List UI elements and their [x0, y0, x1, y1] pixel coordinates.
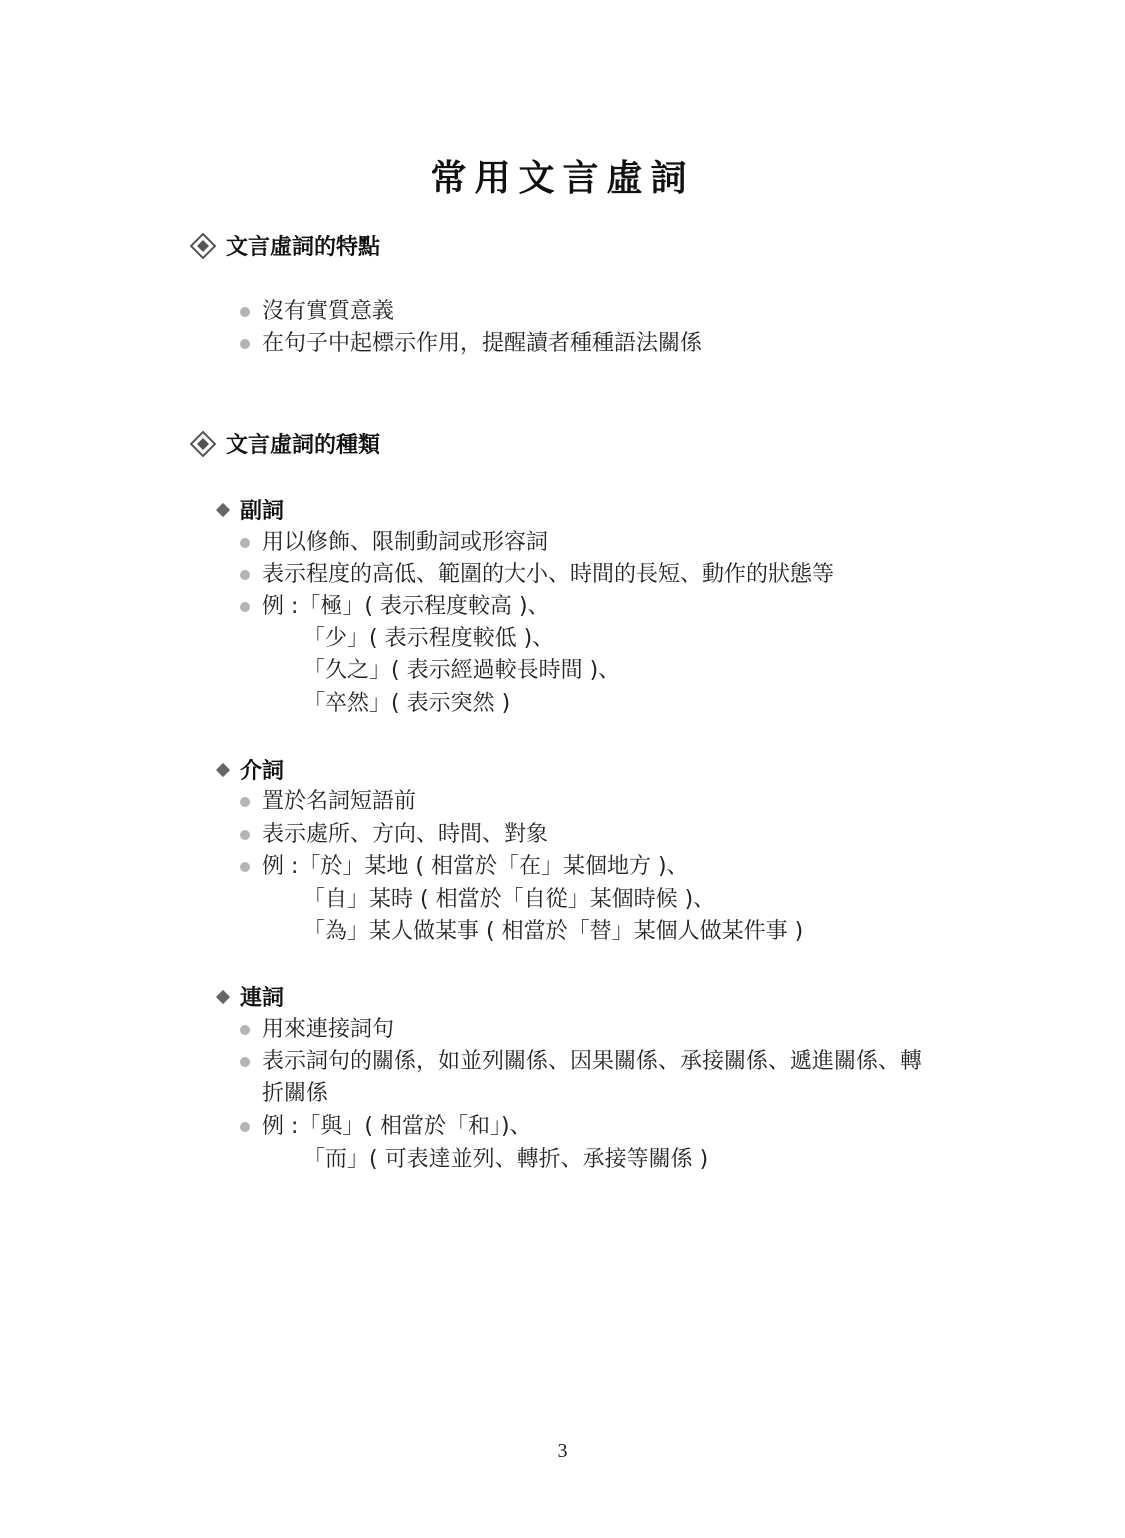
example-line: 「為」某人做某事 ( 相當於「替」某個人做某件事 ) [303, 916, 803, 948]
diamond-bullet-icon [216, 502, 230, 516]
bullet-dot-icon [240, 830, 250, 840]
bullet-dot-icon [240, 570, 250, 580]
outlined-diamond-icon [190, 233, 216, 259]
bullet-dot-icon [240, 538, 250, 548]
section-heading-features: 文言虛詞的特點 [190, 230, 380, 261]
bullet-dot-icon [240, 602, 250, 612]
list-item: 沒有實質意義 [240, 296, 942, 328]
list-item: 表示程度的高低、範圍的大小、時間的長短、動作的狀態等 [240, 559, 942, 591]
diamond-bullet-icon [216, 762, 230, 776]
subsection-heading-adverb: 副詞 [214, 494, 284, 525]
example-line: 「而」( 可表達並列、轉折、承接等關係 ) [303, 1144, 708, 1176]
bullet-dot-icon [240, 1057, 250, 1067]
example-line: 「自」某時 ( 相當於「自從」某個時候 )、 [303, 884, 715, 916]
list-item: 例 :「於」某地 ( 相當於「在」某個地方 )、 [240, 851, 942, 883]
section-heading-types: 文言虛詞的種類 [190, 428, 380, 459]
section-heading-text: 文言虛詞的特點 [226, 230, 380, 261]
bullet-dot-icon [240, 797, 250, 807]
subsection-heading-conjunction: 連詞 [214, 981, 284, 1012]
example-line: 「少」( 表示程度較低 )、 [303, 623, 554, 655]
list-item: 例 :「與」( 相當於「和」)、 [240, 1111, 942, 1143]
list-item: 例 :「極」( 表示程度較高 )、 [240, 591, 942, 623]
example-line: 「久之」( 表示經過較長時間 )、 [303, 655, 620, 687]
list-item: 表示詞句的關係，如並列關係、因果關係、承接關係、遞進關係、轉折關係 [240, 1046, 942, 1110]
list-item: 表示處所、方向、時間、對象 [240, 819, 942, 851]
list-item: 置於名詞短語前 [240, 786, 942, 818]
outlined-diamond-icon [190, 431, 216, 457]
page-number: 3 [0, 1440, 1125, 1463]
list-item: 用以修飾、限制動詞或形容詞 [240, 527, 942, 559]
list-item: 用來連接詞句 [240, 1014, 942, 1046]
bullet-dot-icon [240, 1122, 250, 1132]
bullet-dot-icon [240, 1025, 250, 1035]
subsection-heading-preposition: 介詞 [214, 754, 284, 785]
example-line: 「卒然」( 表示突然 ) [303, 688, 510, 720]
section-heading-text: 文言虛詞的種類 [226, 428, 380, 459]
diamond-bullet-icon [216, 989, 230, 1003]
bullet-dot-icon [240, 307, 250, 317]
bullet-dot-icon [240, 862, 250, 872]
page-title: 常用文言虛詞 [0, 150, 1125, 201]
bullet-dot-icon [240, 339, 250, 349]
list-item: 在句子中起標示作用，提醒讀者種種語法關係 [240, 328, 942, 360]
